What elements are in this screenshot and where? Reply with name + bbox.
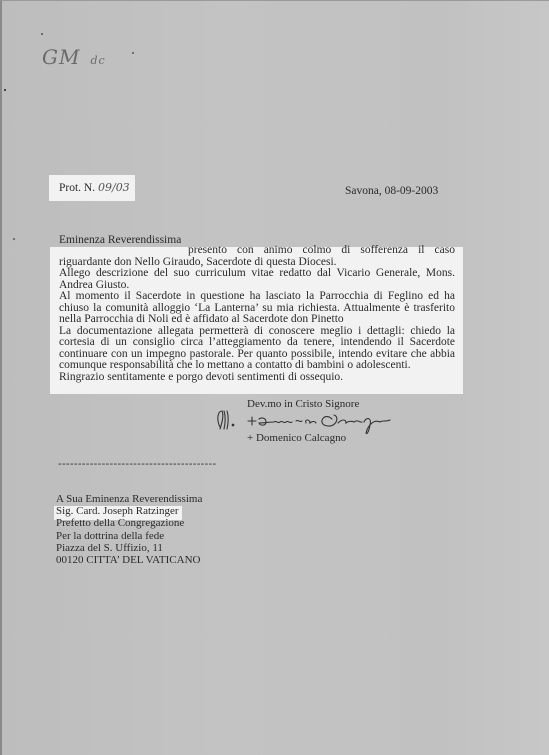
annotation-small: dc <box>90 54 105 67</box>
protocol-label: Prot. N. <box>59 182 95 194</box>
signature-icon <box>212 405 402 435</box>
letter-body: presento con animo colmo di sofferenza i… <box>59 245 455 384</box>
body-paragraph: Ringrazio sentitamente e porgo devoti se… <box>59 372 455 384</box>
handwritten-annotation: GMdc <box>42 45 106 69</box>
divider-line: ---------------------------------------- <box>58 458 217 470</box>
address-line: Prefetto della Congregazione <box>56 517 202 529</box>
body-paragraph: Allego descrizione del suo curriculum vi… <box>59 268 455 291</box>
address-line: A Sua Eminenza Reverendissima <box>56 493 202 505</box>
scanned-page: GMdc Prot. N. 09/03 Savona, 08-09-2003 E… <box>0 0 549 755</box>
scan-speck <box>41 33 43 35</box>
protocol-value: 09/03 <box>98 181 130 194</box>
body-paragraph: presento con animo colmo di sofferenza i… <box>59 245 455 268</box>
address-line: Piazza del S. Uffizio, 11 <box>56 542 202 554</box>
scan-speck <box>4 89 6 91</box>
annotation-main: GM <box>42 45 80 69</box>
scan-speck <box>132 52 134 54</box>
body-paragraph: Al momento il Sacerdote in questione ha … <box>59 291 455 326</box>
protocol-number: Prot. N. 09/03 <box>59 181 130 194</box>
address-line-recipient: Sig. Card. Joseph Ratzinger <box>56 505 202 517</box>
letter-date: Savona, 08-09-2003 <box>345 185 438 197</box>
address-line: 00120 CITTA’ DEL VATICANO <box>56 554 202 566</box>
address-line: Per la dottrina della fede <box>56 530 202 542</box>
scan-speck <box>13 238 15 240</box>
recipient-address: A Sua Eminenza Reverendissima Sig. Card.… <box>56 493 202 566</box>
body-paragraph: La documentazione allegata permetterà di… <box>59 326 455 372</box>
signer-name: + Domenico Calcagno <box>247 432 346 444</box>
